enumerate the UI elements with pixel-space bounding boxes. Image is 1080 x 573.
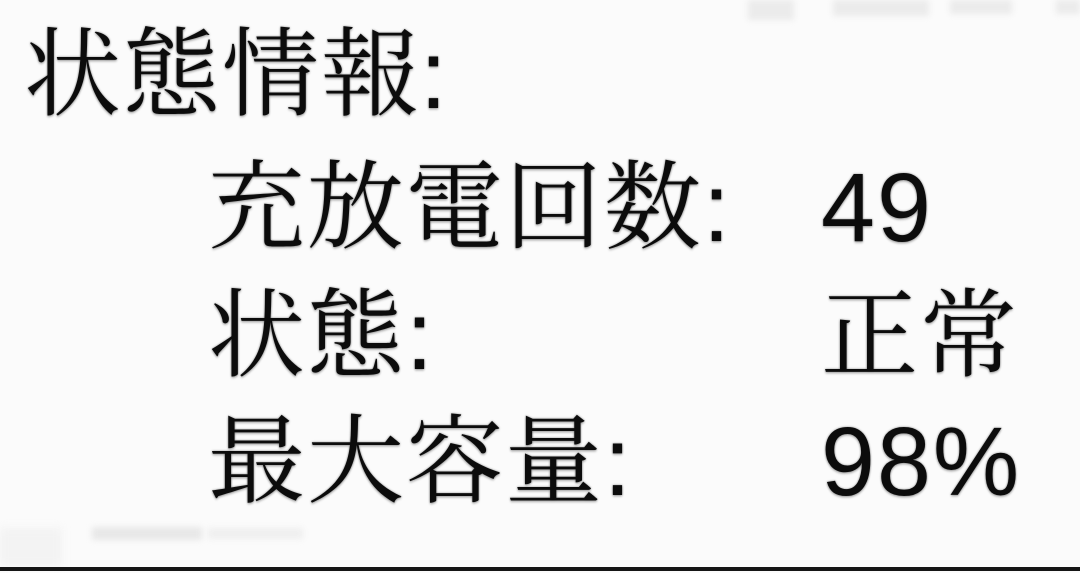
system-info-battery-health-pane: 状態情報: 充放電回数: 49 状態: 正常 最大容量: 98% bbox=[0, 0, 1080, 573]
cycle-count-value: 49 bbox=[821, 159, 933, 256]
cropped-text-artifact bbox=[208, 528, 303, 539]
cropped-text-artifact bbox=[1056, 0, 1080, 14]
cropped-text-artifact bbox=[92, 527, 202, 540]
bottom-divider-rule bbox=[0, 567, 1080, 571]
cropped-text-artifact bbox=[833, 0, 929, 16]
status-info-section-title: 状態情報: bbox=[24, 26, 449, 123]
cycle-count-label: 充放電回数: bbox=[208, 159, 732, 256]
condition-label: 状態: bbox=[208, 287, 435, 384]
max-capacity-label: 最大容量: bbox=[208, 413, 633, 510]
cropped-text-artifact bbox=[748, 0, 794, 20]
cropped-text-artifact bbox=[0, 528, 62, 566]
condition-value: 正常 bbox=[821, 287, 1019, 384]
max-capacity-value: 98% bbox=[821, 413, 1021, 510]
cropped-text-artifact bbox=[950, 0, 1012, 14]
